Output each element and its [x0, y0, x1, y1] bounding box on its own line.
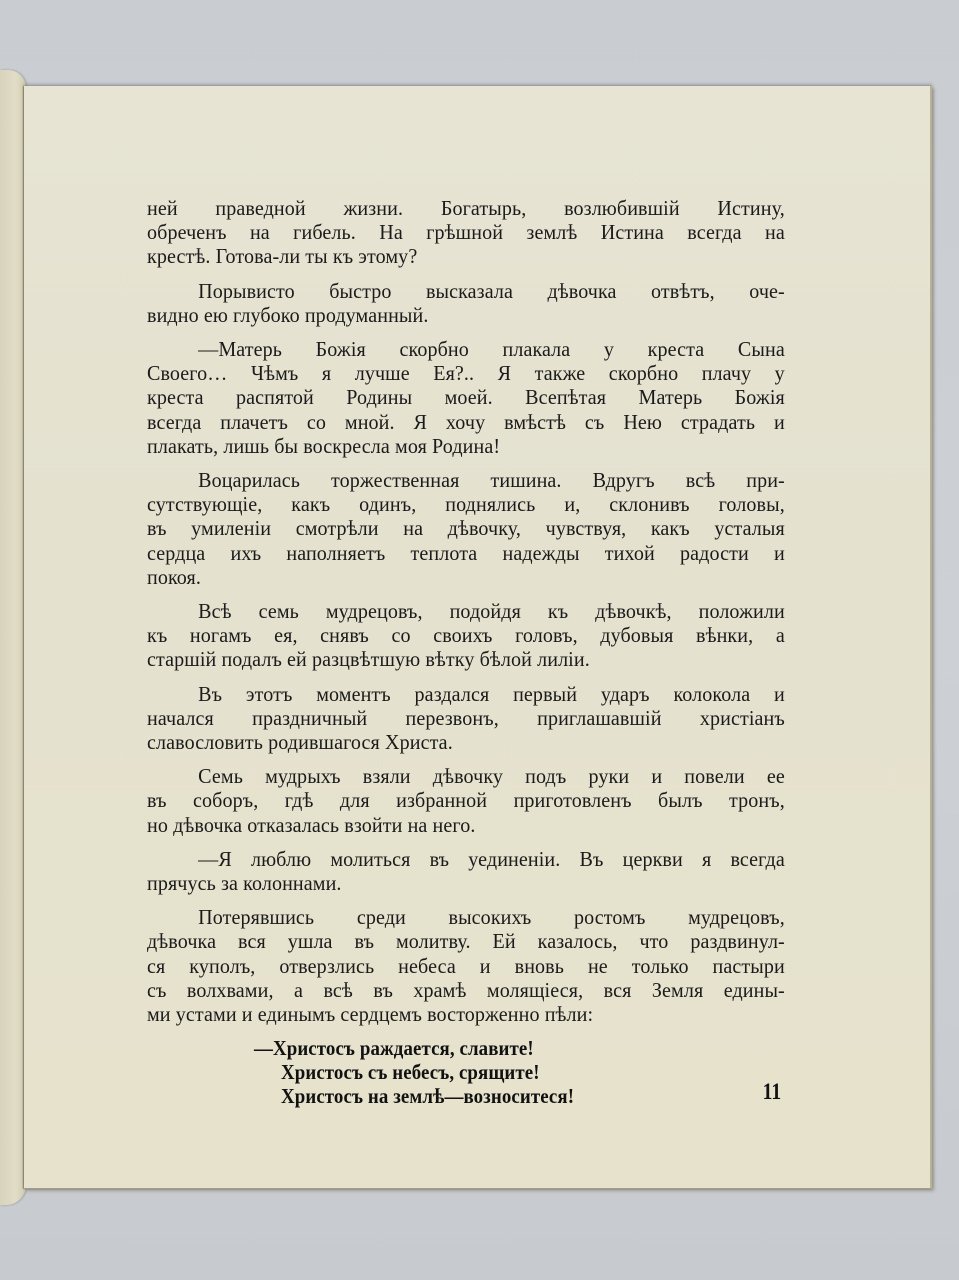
text-line: славословить родившагося Христа. [147, 730, 785, 754]
text-line: Порывисто быстро высказала дѣвочка отвѣт… [147, 279, 785, 303]
text-line: —Матерь Божія скорбно плакала у креста С… [147, 337, 785, 361]
verse-line: —Христосъ раждается, славите! [254, 1036, 732, 1060]
text-line: сердца ихъ наполняетъ теплота надежды ти… [147, 541, 785, 565]
paragraph-1: ней праведной жизни. Богатырь, возлюбивш… [147, 196, 785, 269]
book-page: ней праведной жизни. Богатырь, возлюбивш… [24, 86, 932, 1189]
text-line: Всѣ семь мудрецовъ, подойдя къ дѣвочкѣ, … [147, 599, 785, 623]
text-line: всегда плачетъ со мной. Я хочу вмѣстѣ съ… [147, 410, 785, 434]
page-number: 11 [763, 1079, 781, 1105]
text-line: плакать, лишь бы воскресла моя Родина! [147, 434, 785, 458]
verse-line: Христосъ съ небесъ, срящите! [254, 1060, 732, 1084]
verse-line: Христосъ на землѣ—возноситеся! [254, 1084, 732, 1108]
text-line: ся куполъ, отверзлись небеса и вновь не … [147, 954, 785, 978]
text-line: крестѣ. Готова-ли ты къ этому? [147, 244, 785, 268]
text-line: ней праведной жизни. Богатырь, возлюбивш… [147, 196, 785, 220]
text-line: видно ею глубоко продуманный. [147, 303, 785, 327]
text-line: въ умиленіи смотрѣли на дѣвочку, чувству… [147, 516, 785, 540]
text-line: ми устами и единымъ сердцемъ восторженно… [147, 1002, 785, 1026]
text-line: начался праздничный перезвонъ, приглашав… [147, 706, 785, 730]
text-line: Потерявшись среди высокихъ ростомъ мудре… [147, 905, 785, 929]
previous-page-edge [0, 70, 26, 1205]
text-line: но дѣвочка отказалась взойти на него. [147, 813, 785, 837]
paragraph-7: Семь мудрыхъ взяли дѣвочку подъ руки и п… [147, 764, 785, 837]
hymn-verse: —Христосъ раждается, славите! Христосъ с… [254, 1036, 732, 1108]
text-line: въ соборъ, гдѣ для избранной приготовлен… [147, 788, 785, 812]
text-line: Въ этотъ моментъ раздался первый ударъ к… [147, 682, 785, 706]
paragraph-4: Воцарилась торжественная тишина. Вдругъ … [147, 468, 785, 589]
text-line: старшій подалъ ей разцвѣтшую вѣтку бѣлой… [147, 647, 785, 671]
text-line: обреченъ на гибель. На грѣшной землѣ Ист… [147, 220, 785, 244]
text-line: съ волхвами, а всѣ въ храмѣ молящіеся, в… [147, 978, 785, 1002]
text-line: —Я люблю молиться въ уединеніи. Въ церкв… [147, 847, 785, 871]
text-line: Своего… Чѣмъ я лучше Ея?.. Я также скорб… [147, 361, 785, 385]
text-line: креста распятой Родины моей. Всепѣтая Ма… [147, 385, 785, 409]
paragraph-8: —Я люблю молиться въ уединеніи. Въ церкв… [147, 847, 785, 895]
text-line: къ ногамъ ея, снявъ со своихъ головъ, ду… [147, 623, 785, 647]
text-line: покоя. [147, 565, 785, 589]
text-line: Воцарилась торжественная тишина. Вдругъ … [147, 468, 785, 492]
paragraph-6: Въ этотъ моментъ раздался первый ударъ к… [147, 682, 785, 755]
paragraph-2: Порывисто быстро высказала дѣвочка отвѣт… [147, 279, 785, 327]
body-text: ней праведной жизни. Богатырь, возлюбивш… [147, 196, 785, 1108]
paragraph-5: Всѣ семь мудрецовъ, подойдя къ дѣвочкѣ, … [147, 599, 785, 672]
text-line: прячусь за колоннами. [147, 871, 785, 895]
text-line: сутствующіе, какъ одинъ, поднялись и, ск… [147, 492, 785, 516]
text-line: дѣвочка вся ушла въ молитву. Ей казалось… [147, 929, 785, 953]
paragraph-3: —Матерь Божія скорбно плакала у креста С… [147, 337, 785, 458]
paragraph-9: Потерявшись среди высокихъ ростомъ мудре… [147, 905, 785, 1026]
text-line: Семь мудрыхъ взяли дѣвочку подъ руки и п… [147, 764, 785, 788]
